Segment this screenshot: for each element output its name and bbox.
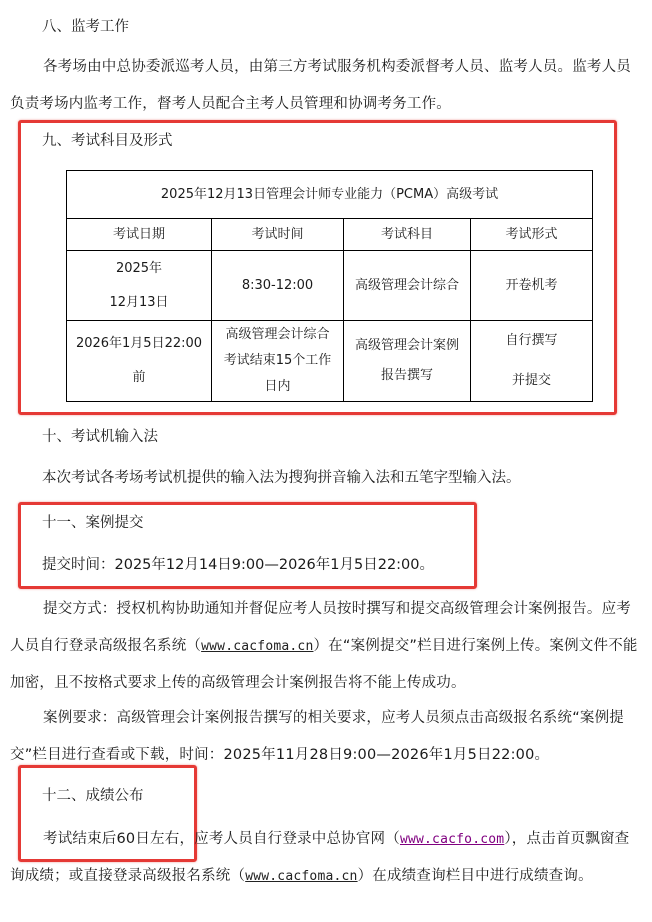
subject-line: 高级管理会计案例 [346, 331, 468, 361]
submission-time: 提交时间：2025年12月14日9:00—2026年1月5日22:00。 [42, 555, 434, 575]
cell-form: 开卷机考 [471, 251, 593, 321]
table-row: 2026年1月5日22:00 前 高级管理会计综合 考试结束15个工作 日内 高… [67, 321, 593, 402]
cell-time: 8:30-12:00 [212, 251, 344, 321]
date-line: 2026年1月5日22:00 [69, 327, 209, 361]
cell-date: 2026年1月5日22:00 前 [67, 321, 212, 402]
cacfoma-link[interactable]: www.cacfoma.cn [201, 639, 313, 654]
time-line: 考试结束15个工作 [214, 348, 341, 374]
table-title: 2025年12月13日管理会计师专业能力（PCMA）高级考试 [67, 171, 593, 219]
time-line: 日内 [214, 374, 341, 400]
table-header-row: 考试日期 考试时间 考试科目 考试形式 [67, 219, 593, 251]
table-row: 2025年 12月13日 8:30-12:00 高级管理会计综合 开卷机考 [67, 251, 593, 321]
header-exam-subject: 考试科目 [344, 219, 471, 251]
exam-schedule-table: 2025年12月13日管理会计师专业能力（PCMA）高级考试 考试日期 考试时间… [66, 170, 593, 402]
section-10-body: 本次考试各考场考试机提供的输入法为搜狗拼音输入法和五笔字型输入法。 [42, 468, 521, 488]
cell-date: 2025年 12月13日 [67, 251, 212, 321]
section-8-body: 各考场由中总协委派巡考人员，由第三方考试服务机构委派督考人员、监考人员。监考人员… [10, 49, 638, 123]
cell-time: 高级管理会计综合 考试结束15个工作 日内 [212, 321, 344, 402]
score-text: ）在成绩查询栏目中进行成绩查询。 [358, 868, 593, 884]
section-9-heading: 九、考试科目及形式 [42, 131, 173, 151]
score-release-body: 考试结束后60日左右，应考人员自行登录中总协官网（www.cacfo.com），… [10, 821, 638, 895]
date-line: 前 [69, 361, 209, 395]
subject-line: 报告撰写 [346, 361, 468, 391]
cacfo-link[interactable]: www.cacfo.com [400, 832, 504, 847]
cacfoma-link[interactable]: www.cacfoma.cn [245, 869, 357, 884]
header-exam-date: 考试日期 [67, 219, 212, 251]
header-exam-form: 考试形式 [471, 219, 593, 251]
cell-subject: 高级管理会计案例 报告撰写 [344, 321, 471, 402]
submission-method: 提交方式：授权机构协助通知并督促应考人员按时撰写和提交高级管理会计案例报告。应考… [10, 591, 638, 702]
section-10-heading: 十、考试机输入法 [42, 427, 158, 447]
section-8-heading: 八、监考工作 [42, 17, 129, 37]
time-line: 高级管理会计综合 [214, 322, 341, 348]
cell-form: 自行撰写 并提交 [471, 321, 593, 402]
date-line: 12月13日 [69, 286, 209, 320]
form-line: 自行撰写 [473, 321, 590, 361]
header-exam-time: 考试时间 [212, 219, 344, 251]
date-line: 2025年 [69, 252, 209, 286]
section-11-heading: 十一、案例提交 [42, 513, 144, 533]
score-text: 考试结束后60日左右，应考人员自行登录中总协官网（ [43, 831, 400, 847]
case-requirement: 案例要求：高级管理会计案例报告撰写的相关要求，应考人员须点击高级报名系统“案例提… [10, 700, 638, 774]
form-line: 并提交 [473, 361, 590, 401]
section-12-heading: 十二、成绩公布 [42, 786, 144, 806]
cell-subject: 高级管理会计综合 [344, 251, 471, 321]
